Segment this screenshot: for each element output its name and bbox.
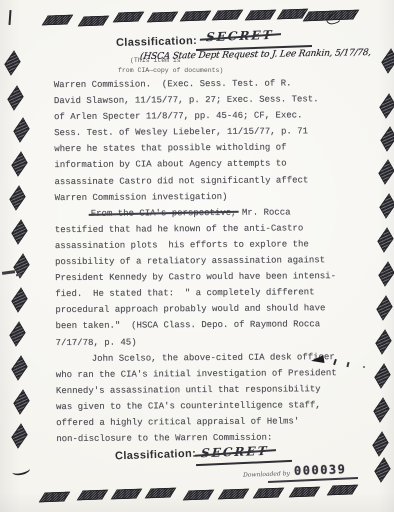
border-stamp [111,489,143,500]
border-stamp [289,487,321,498]
classification-underline-bottom [196,460,292,466]
pen-dot [363,366,365,368]
classification-secret-bottom: SECRET [201,444,269,460]
border-stamp [78,16,110,27]
typed-line: David Slawson, 11/15/77, p. 27; Exec. Se… [54,91,354,109]
border-stamp [327,485,359,496]
border-stamp [13,389,29,414]
page-number-stamp: 000039 [294,462,347,478]
border-stamp [9,185,25,210]
border-stamp [13,117,29,142]
handwritten-annotation: (HSCA State Dept Request to J. Lee Ranki… [139,48,371,62]
border-stamp [147,12,179,23]
struck-text: From the CIA's perspective, [91,208,237,219]
border-stamp [42,15,74,26]
border-stamp [372,431,388,456]
border-stamp [218,489,250,500]
typed-line: been taken." (HSCA Class. Depo. of Raymo… [55,316,355,334]
border-stamp [183,490,215,501]
border-stamp [4,50,20,75]
border-stamp [7,85,23,110]
border-stamp [113,12,145,23]
border-stamp [375,329,391,354]
border-stamp [11,287,27,312]
border-stamp [381,48,394,73]
border-stamp [374,363,390,388]
border-stamp [253,488,285,499]
border-stamp [379,93,394,118]
pen-mark-top-left [8,10,11,25]
pen-scribble-bottom-left [11,464,30,477]
pen-dash-left-margin [2,270,15,274]
border-stamp [11,355,27,380]
scanned-document-page: Classification: SECRET (This item is fro… [0,0,394,512]
border-stamp [378,159,394,184]
page-number-underline [268,477,358,482]
border-stamp [39,492,71,503]
border-stamp [379,193,394,218]
border-stamp [77,490,109,501]
typed-line: was given to the CIA's counterintelligen… [56,397,356,415]
typed-line: Kennedy's assassination until that respo… [56,381,356,399]
typed-line: non-disclosure to the Warren Commission: [56,429,356,447]
border-stamp [212,10,244,21]
typed-body: Warren Commission. (Exec. Sess. Test. of… [54,75,357,447]
border-stamp [377,227,393,252]
classification-label-bottom: Classification: [115,448,197,463]
classification-label-top: Classification: [116,35,197,49]
border-stamp [9,321,25,346]
footer-handwritten-note: Downloaded by [243,470,290,479]
border-stamp [373,397,389,422]
border-stamp [11,423,27,448]
typed-annotation-line2: from CIA—copy of documents) [118,67,223,74]
border-stamp [11,219,27,244]
border-stamp [11,151,27,176]
border-stamp [180,11,212,22]
border-stamp [380,126,394,151]
typed-line: who ran the CIA's initial investigation … [56,365,356,383]
border-stamp [245,10,277,21]
typed-text: Mr. Rocca [236,207,290,217]
border-stamp [376,295,392,320]
border-stamp [145,488,177,499]
border-stamp [374,457,390,482]
border-stamp [378,261,394,286]
classification-secret-top: SECRET [206,28,274,44]
